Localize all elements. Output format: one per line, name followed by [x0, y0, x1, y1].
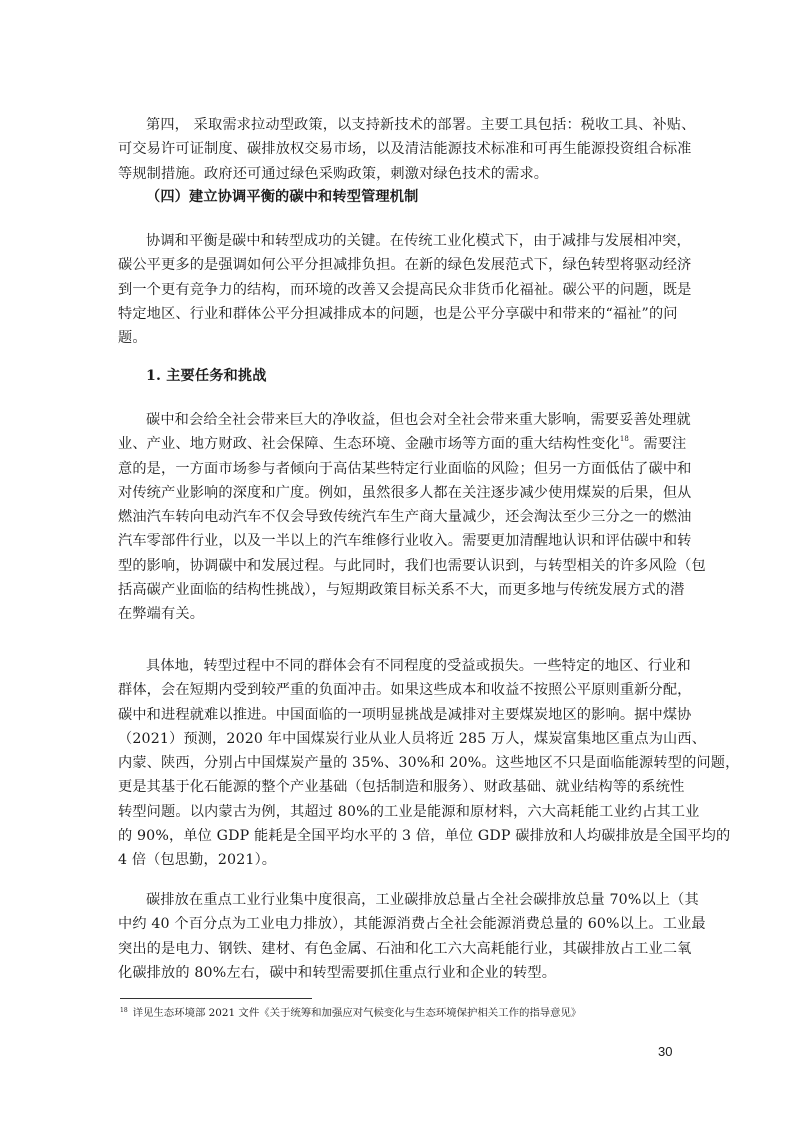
text-line: 第四， 采取需求拉动型政策，以支持新技术的部署。主要工具包括：税收工具、补贴、: [118, 113, 678, 137]
text-line: 括高碳产业面临的结构性挑战），与短期政策目标关系不大，而更多地与传统发展方式的潜: [118, 578, 678, 602]
text-line: 汽车零部件行业，以及一半以上的汽车维修行业收入。需要更加清醒地认识和评估碳中和转: [118, 529, 678, 553]
subsection-heading-text: 1. 主要任务和挑战: [118, 364, 678, 388]
text-line: 到一个更有竞争力的结构，而环境的改善又会提高民众非货币化福祉。碳公平的问题，既是: [118, 278, 678, 302]
text-line: 可交易许可证制度、碳排放权交易市场，以及清洁能源技术标准和可再生能源投资组合标准: [118, 137, 678, 161]
text-line: 群体，会在短期内受到较严重的负面冲击。如果这些成本和收益不按照公平原则重新分配，: [118, 678, 678, 702]
text-line: 燃油汽车转向电动汽车不仅会导致传统汽车生产商大量减少，还会淘汰至少三分之一的燃油: [118, 505, 678, 529]
section-heading: （四）建立协调平衡的碳中和转型管理机制: [118, 185, 678, 209]
text-line: 碳排放在重点工业行业集中度很高，工业碳排放总量占全社会碳排放总量 70%以上（其: [118, 888, 678, 912]
footnote: 18详见生态环境部 2021 文件《关于统筹和加强应对气候变化与生态环境保护相关…: [120, 1005, 581, 1021]
text-line: 碳中和会给全社会带来巨大的净收益，但也会对全社会带来重大影响，需要妥善处理就: [118, 408, 678, 432]
footnote-text: 详见生态环境部 2021 文件《关于统筹和加强应对气候变化与生态环境保护相关工作…: [133, 1007, 582, 1019]
text-line: 4 倍（包思勤，2021）。: [118, 848, 678, 872]
text-line: 协调和平衡是碳中和转型成功的关键。在传统工业化模式下，由于减排与发展相冲突，: [118, 229, 678, 253]
paragraph-tasks-challenges: 碳中和会给全社会带来巨大的净收益，但也会对全社会带来重大影响，需要妥善处理就 业…: [118, 408, 678, 627]
text-line: 碳公平更多的是强调如何公平分担减排负担。在新的绿色发展范式下，绿色转型将驱动经济: [118, 253, 678, 277]
text-line: （2021）预测，2020 年中国煤炭行业从业人员将近 285 万人，煤炭富集地…: [118, 727, 678, 751]
text-segment: 。需要注: [629, 436, 686, 452]
text-line: 更是其基于化石能源的整个产业基础（包括制造和服务）、财政基础、就业结构等的系统性: [118, 775, 678, 799]
text-line: 中约 40 个百分点为工业电力排放），其能源消费占全社会能源消费总量的 60%以…: [118, 912, 678, 936]
text-line: 转型问题。以内蒙古为例，其超过 80%的工业是能源和原材料，六大高耗能工业约占其…: [118, 800, 678, 824]
text-line: 业、产业、地方财政、社会保障、生态环境、金融市场等方面的重大结构性变化18。需要…: [118, 432, 678, 456]
text-line: 的 90%，单位 GDP 能耗是全国平均水平的 3 倍，单位 GDP 碳排放和人…: [118, 824, 678, 848]
paragraph-regional-impact: 具体地，转型过程中不同的群体会有不同程度的受益或损失。一些特定的地区、行业和 群…: [118, 654, 678, 873]
text-line: 碳中和进程就难以推进。中国面临的一项明显挑战是减排对主要煤炭地区的影响。据中煤协: [118, 703, 678, 727]
paragraph-coordination: 协调和平衡是碳中和转型成功的关键。在传统工业化模式下，由于减排与发展相冲突， 碳…: [118, 229, 678, 350]
text-line: 型的影响，协调碳中和发展过程。与此同时，我们也需要认识到，与转型相关的许多风险（…: [118, 554, 678, 578]
text-line: 对传统产业影响的深度和广度。例如，虽然很多人都在关注逐步减少使用煤炭的后果，但从: [118, 481, 678, 505]
paragraph-demand-policy: 第四， 采取需求拉动型政策，以支持新技术的部署。主要工具包括：税收工具、补贴、 …: [118, 113, 678, 186]
subsection-heading: 1. 主要任务和挑战: [118, 364, 678, 388]
page-number: 30: [658, 1044, 672, 1059]
footnote-number: 18: [120, 1007, 128, 1014]
text-line: 特定地区、行业和群体公平分担减排成本的问题，也是公平分享碳中和带来的“福祉”的问: [118, 302, 678, 326]
text-segment: 业、产业、地方财政、社会保障、生态环境、金融市场等方面的重大结构性变化: [118, 436, 620, 452]
footnote-reference[interactable]: 18: [620, 435, 629, 443]
paragraph-industrial-emissions: 碳排放在重点工业行业集中度很高，工业碳排放总量占全社会碳排放总量 70%以上（其…: [118, 888, 678, 985]
text-line: 题。: [118, 326, 678, 350]
document-page: 第四， 采取需求拉动型政策，以支持新技术的部署。主要工具包括：税收工具、补贴、 …: [0, 0, 793, 1122]
text-line: 具体地，转型过程中不同的群体会有不同程度的受益或损失。一些特定的地区、行业和: [118, 654, 678, 678]
text-line: 在弊端有关。: [118, 602, 678, 626]
footnote-divider: [120, 998, 312, 999]
text-line: 突出的是电力、钢铁、建材、有色金属、石油和化工六大高耗能行业，其碳排放占工业二氧: [118, 937, 678, 961]
text-line: 意的是，一方面市场参与者倾向于高估某些特定行业面临的风险；但另一方面低估了碳中和: [118, 457, 678, 481]
text-line: 等规制措施。政府还可通过绿色采购政策，刺激对绿色技术的需求。: [118, 162, 678, 186]
section-heading-text: （四）建立协调平衡的碳中和转型管理机制: [118, 185, 678, 209]
text-line: 内蒙、陕西，分别占中国煤炭产量的 35%、30%和 20%。这些地区不只是面临能…: [118, 751, 678, 775]
text-line: 化碳排放的 80%左右，碳中和转型需要抓住重点行业和企业的转型。: [118, 961, 678, 985]
